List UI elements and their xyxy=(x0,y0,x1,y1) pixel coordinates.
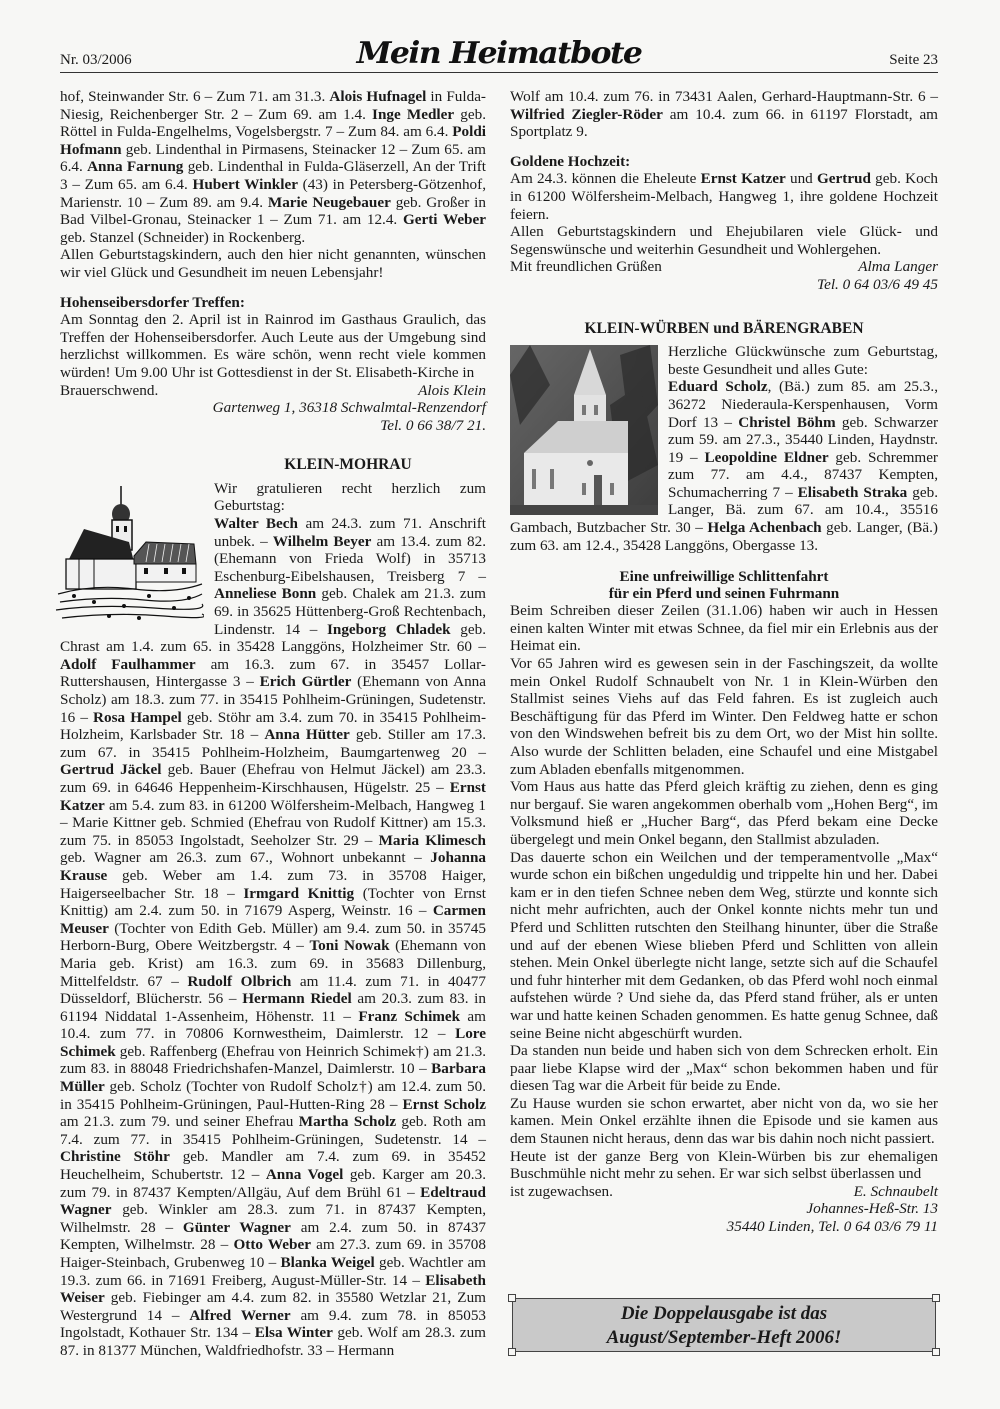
person-name: Alois Hufnagel xyxy=(329,88,426,105)
signature-street: Johannes-Heß-Str. 13 xyxy=(510,1200,938,1218)
person-name: Helga Achenbach xyxy=(707,519,821,536)
person-name: Elisabeth Straka xyxy=(798,484,908,501)
person-name: Carmen Meuser xyxy=(60,902,486,937)
treffen-last-word: Brauerschwend. xyxy=(60,382,158,400)
person-name: Edeltraud Wagner xyxy=(60,1184,486,1219)
person-name: Leopoldine Eldner xyxy=(704,449,828,466)
goldene-signature-line: Mit freundlichen Grüßen Alma Langer xyxy=(510,258,938,276)
banner-line2: August/September-Heft 2006! xyxy=(513,1326,935,1350)
signature-name: E. Schnaubelt xyxy=(854,1183,938,1201)
person-name: Ernst Katzer xyxy=(60,779,486,814)
banner-corner-ornament-icon xyxy=(932,1294,940,1302)
story-paragraph: Vor 65 Jahren wird es gewesen sein in de… xyxy=(510,655,938,778)
goldene-hochzeit-heading: Goldene Hochzeit: xyxy=(510,153,938,171)
banner-line1: Die Doppelausgabe ist das xyxy=(513,1302,935,1326)
person-name: Anna Hütter xyxy=(264,726,349,743)
person-name: Johanna Krause xyxy=(60,849,486,884)
person-name: Adolf Faulhammer xyxy=(60,656,196,673)
goldene-hochzeit-body: Am 24.3. können die Eheleute Ernst Katze… xyxy=(510,170,938,223)
person-name: Irmgard Knittig xyxy=(243,885,354,902)
treffen-body: Am Sonntag den 2. April ist in Rainrod i… xyxy=(60,311,486,381)
person-name: Eduard Scholz xyxy=(668,378,768,395)
section-title-klein-wuerben: KLEIN-WÜRBEN und BÄRENGRABEN xyxy=(510,320,938,338)
birthday-wishes: Allen Geburtstagskindern, auch den hier … xyxy=(60,246,486,281)
banner-corner-ornament-icon xyxy=(508,1348,516,1356)
story-title-line2: für ein Pferd und seinen Fuhrmann xyxy=(510,585,938,602)
story-title-line1: Eine unfreiwillige Schlittenfahrt xyxy=(510,568,938,585)
signature-name: Alma Langer xyxy=(858,258,938,276)
story-paragraph: Zu Hause wurden sie schon erwartet, aber… xyxy=(510,1095,938,1148)
person-name: Wilhelm Beyer xyxy=(273,533,372,550)
story-paragraph: Heute ist der ganze Berg von Klein-Würbe… xyxy=(510,1148,938,1183)
person-name: Rosa Hampel xyxy=(93,709,182,726)
church-drawing-icon xyxy=(54,484,204,624)
right-column: Wolf am 10.4. zum 76. in 73431 Aalen, Ge… xyxy=(510,88,938,1236)
person-name: Gerti Weber xyxy=(403,211,486,228)
announcement-banner: Die Doppelausgabe ist das August/Septemb… xyxy=(512,1298,936,1352)
treffen-heading: Hohenseibersdorfer Treffen: xyxy=(60,294,486,312)
person-name: Ernst Scholz xyxy=(403,1096,486,1113)
story-paragraph: Beim Schreiben dieser Zeilen (31.1.06) h… xyxy=(510,602,938,655)
person-name: Anneliese Bonn xyxy=(214,585,316,602)
person-name: Elsa Winter xyxy=(255,1324,333,1341)
person-name: Gertrud xyxy=(817,170,871,187)
masthead-logo: Mein Heimatbote xyxy=(357,36,642,71)
person-name: Toni Nowak xyxy=(309,937,389,954)
person-name: Gertrud Jäckel xyxy=(60,761,161,778)
person-name: Ingeborg Chladek xyxy=(327,621,451,638)
person-name: Christel Böhm xyxy=(738,414,835,431)
birthday-list-continued-right: Wolf am 10.4. zum 76. in 73431 Aalen, Ge… xyxy=(510,88,938,141)
page-number: Seite 23 xyxy=(889,52,938,69)
newspaper-page: Nr. 03/2006 Mein Heimatbote Seite 23 hof… xyxy=(0,0,1000,1409)
person-name: Günter Wagner xyxy=(183,1219,291,1236)
signature-address: Gartenweg 1, 36318 Schwalmtal-Renzendorf xyxy=(60,399,486,417)
section-title-klein-mohrau: KLEIN-MOHRAU xyxy=(60,456,486,474)
person-name: Maria Klimesch xyxy=(379,832,486,849)
klein-mohrau-birthday-list: Walter Bech am 24.3. zum 71. Anschrift u… xyxy=(60,515,486,1360)
person-name: Anna Farnung xyxy=(87,158,183,175)
left-column: hof, Steinwander Str. 6 – Zum 71. am 31.… xyxy=(60,88,486,1360)
story-paragraph: Das dauerte schon ein Weilchen und der t… xyxy=(510,849,938,1043)
person-name: Lore Schimek xyxy=(60,1025,486,1060)
person-name: Barbara Müller xyxy=(60,1060,486,1095)
person-name: Rudolf Olbrich xyxy=(187,973,291,990)
signature-tel: Tel. 0 66 38/7 21. xyxy=(60,417,486,435)
person-name: Alfred Werner xyxy=(189,1307,290,1324)
story-paragraph: Da standen nun beide und haben sich von … xyxy=(510,1042,938,1095)
treffen-signature-line: Brauerschwend. Alois Klein xyxy=(60,382,486,400)
person-name: Poldi Hofmann xyxy=(60,123,486,158)
signature-name: Alois Klein xyxy=(418,382,486,400)
closing-text: Mit freundlichen Grüßen xyxy=(510,258,662,276)
person-name: Inge Medler xyxy=(372,106,454,123)
person-name: Hubert Winkler xyxy=(193,176,298,193)
person-name: Anna Vogel xyxy=(266,1166,343,1183)
issue-number: Nr. 03/2006 xyxy=(60,52,132,69)
person-name: Otto Weber xyxy=(233,1236,310,1253)
birthday-list-continued: hof, Steinwander Str. 6 – Zum 71. am 31.… xyxy=(60,88,486,246)
page-header: Nr. 03/2006 Mein Heimatbote Seite 23 xyxy=(60,40,938,73)
person-name: Hermann Riedel xyxy=(242,990,351,1007)
banner-corner-ornament-icon xyxy=(932,1348,940,1356)
chapel-photo-icon xyxy=(510,345,658,515)
person-name: Erich Gürtler xyxy=(260,673,352,690)
chapel-photo xyxy=(510,345,658,515)
person-name: Walter Bech xyxy=(214,515,298,532)
person-name: Elisabeth Weiser xyxy=(60,1272,486,1307)
signature-city-tel: 35440 Linden, Tel. 0 64 03/6 79 11 xyxy=(510,1218,938,1236)
person-name: Christine Stöhr xyxy=(60,1148,170,1165)
person-name: Franz Schimek xyxy=(358,1008,460,1025)
story-paragraph: Vom Haus aus hatte das Pferd gleich kräf… xyxy=(510,778,938,848)
person-name: Blanka Weigel xyxy=(280,1254,374,1271)
goldene-hochzeit-wishes: Allen Geburtstagskindern und Ehejubilare… xyxy=(510,223,938,258)
banner-corner-ornament-icon xyxy=(508,1294,516,1302)
person-name: Ernst Katzer xyxy=(701,170,786,187)
person-name: Marie Neugebauer xyxy=(268,194,391,211)
person-name: Wilfried Ziegler-Röder xyxy=(510,106,663,123)
story-last-words: ist zugewachsen. xyxy=(510,1183,613,1201)
church-woodcut-image xyxy=(54,484,204,624)
story-signature-line: ist zugewachsen. E. Schnaubelt xyxy=(510,1183,938,1201)
signature-tel: Tel. 0 64 03/6 49 45 xyxy=(510,276,938,294)
person-name: Martha Scholz xyxy=(299,1113,396,1130)
